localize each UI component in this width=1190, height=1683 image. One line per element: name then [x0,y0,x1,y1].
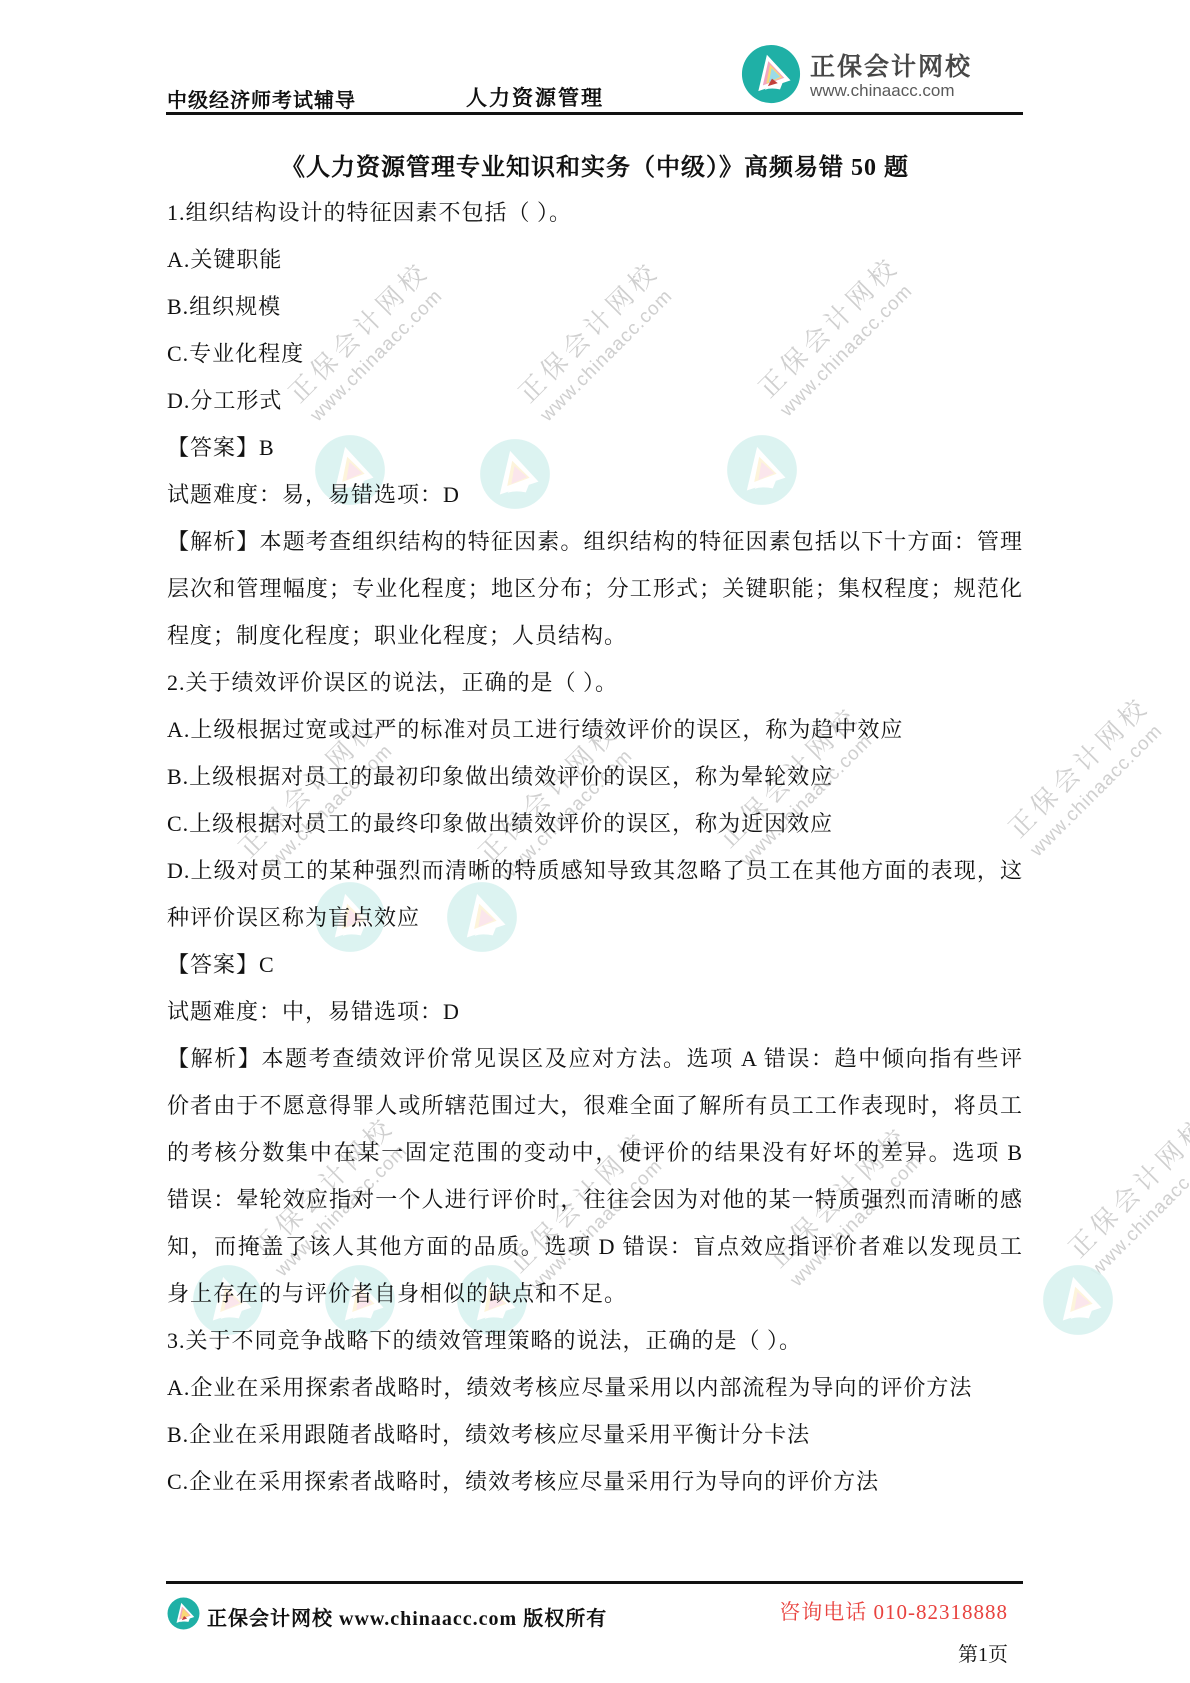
brand-logo-icon [741,44,801,109]
document-page: 正保会计网校www.chinaacc.com正保会计网校www.chinaacc… [0,0,1190,1683]
brand-name: 正保会计网校 [810,53,972,82]
paragraph: B.组织规模 [167,283,1023,330]
watermark-line1: 正保会计网校 [1062,1110,1190,1265]
paragraph: A.关键职能 [167,236,1023,283]
header-rule [166,112,1023,115]
paragraph: 3.关于不同竞争战略下的绩效管理策略的说法，正确的是（ ）。 [167,1317,1023,1364]
paragraph: D.分工形式 [167,377,1023,424]
brand-url: www.chinaacc.com [810,82,972,101]
paragraph: 【解析】本题考查绩效评价常见误区及应对方法。选项 A 错误：趋中倾向指有些评价者… [167,1035,1023,1317]
watermark-line2: www.chinaacc.com [1085,1133,1190,1281]
paragraph: A.企业在采用探索者战略时，绩效考核应尽量采用以内部流程为导向的评价方法 [167,1364,1023,1411]
document-title: 《人力资源管理专业知识和实务（中级）》高频易错 50 题 [167,147,1023,182]
watermark-text: 正保会计网校www.chinaacc.com [1002,690,1173,861]
footer-page-number: 第1页 [958,1638,1008,1667]
footer-copyright: 正保会计网校 www.chinaacc.com 版权所有 [207,1602,607,1631]
paragraph: 试题难度：中，易错选项：D [167,988,1023,1035]
paragraph: 【答案】B [167,424,1023,471]
paragraph: 【解析】本题考查组织结构的特征因素。组织结构的特征因素包括以下十方面：管理层次和… [167,518,1023,659]
watermark-text: 正保会计网校www.chinaacc.com [1062,1110,1190,1281]
footer-phone: 咨询电话 010-82318888 [779,1596,1008,1626]
paragraph: B.企业在采用跟随者战略时，绩效考核应尽量采用平衡计分卡法 [167,1411,1023,1458]
paragraph: 试题难度：易，易错选项：D [167,471,1023,518]
paragraph: C.上级根据对员工的最终印象做出绩效评价的误区，称为近因效应 [167,800,1023,847]
document-body: 1.组织结构设计的特征因素不包括（ ）。A.关键职能B.组织规模C.专业化程度D… [167,189,1023,1505]
paragraph: 2.关于绩效评价误区的说法，正确的是（ ）。 [167,659,1023,706]
brand-logo: 正保会计网校 www.chinaacc.com [741,44,972,109]
footer-rule [166,1581,1023,1584]
paragraph: C.企业在采用探索者战略时，绩效考核应尽量采用行为导向的评价方法 [167,1458,1023,1505]
paragraph: A.上级根据过宽或过严的标准对员工进行绩效评价的误区，称为趋中效应 [167,706,1023,753]
watermark-logo-icon [1042,1264,1114,1336]
watermark-line2: www.chinaacc.com [1025,713,1173,861]
paragraph: C.专业化程度 [167,330,1023,377]
paragraph: B.上级根据对员工的最初印象做出绩效评价的误区，称为晕轮效应 [167,753,1023,800]
header-subject-label: 人力资源管理 [466,82,604,112]
footer-brand: 正保会计网校 www.chinaacc.com 版权所有 [167,1597,607,1635]
header-course-label: 中级经济师考试辅导 [167,84,356,113]
watermark-line1: 正保会计网校 [1002,690,1157,845]
paragraph: D.上级对员工的某种强烈而清晰的特质感知导致其忽略了员工在其他方面的表现，这种评… [167,847,1023,941]
footer-brand-logo-icon [167,1597,200,1635]
paragraph: 【答案】C [167,941,1023,988]
paragraph: 1.组织结构设计的特征因素不包括（ ）。 [167,189,1023,236]
